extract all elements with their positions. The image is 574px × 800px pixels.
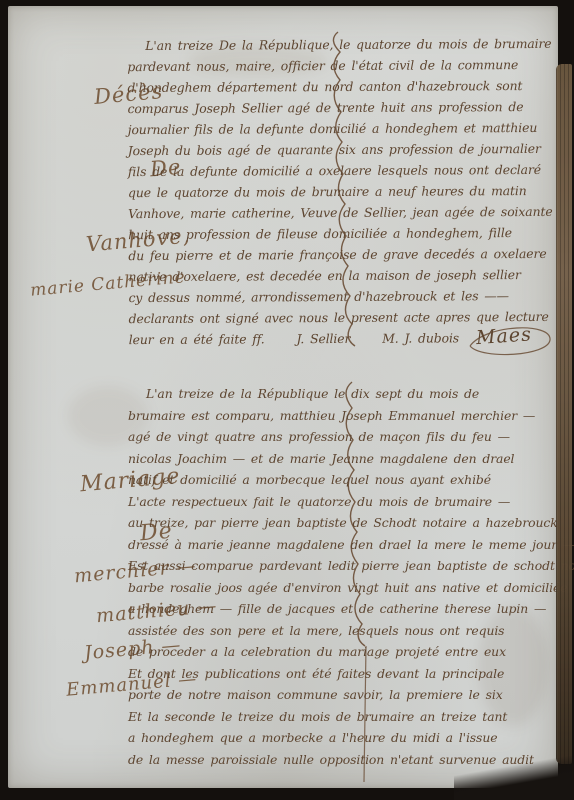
text-line: a hondeghem — fille de jacques et de cat… [128,598,552,620]
text-line: assistée des son pere et la mere, lesque… [128,620,552,642]
witness-signature-sellier: J. Sellier [296,331,350,346]
text-line: native d'oxelaere, est decedée en la mai… [128,264,552,287]
text-line: porte de notre maison commune savoir, la… [128,684,552,706]
text-line: huit ans profession de fileuse domicilié… [128,222,552,245]
text-line: agé de vingt quatre ans profession de ma… [128,426,552,448]
text-line: Et la seconde le treize du mois de bruma… [128,706,552,728]
text-line: dressé à marie jeanne magdalene den drae… [128,534,552,556]
death-record-text: L'an treize De la République, le quatorz… [127,33,553,350]
text-line: Vanhove, marie catherine, Veuve de Selli… [128,201,552,224]
text-line: du feu pierre et de marie françoise de g… [128,243,552,266]
witness-signature-dubois: M. J. dubois [382,330,459,345]
text-line: Est aussi comparue pardevant ledit pierr… [128,555,552,577]
text-line: barbe rosalie joos agée d'environ vingt … [128,577,552,599]
text-line: au treize, par pierre jean baptiste de S… [128,512,552,534]
text-line: journalier fils de la defunte domicilié … [128,117,552,140]
text-line: brumaire est comparu, matthieu Joseph Em… [128,405,552,427]
scan-corner-shadow [454,756,574,800]
text-line: que le quatorze du mois de brumaire a ne… [128,180,552,203]
scanned-register-page: Décès De Vanhove, marie Catherine Mariag… [0,0,574,800]
text-line: a hondeghem que a morbecke a l'heure du … [128,727,552,749]
text-line: nicolas Joachim — et de marie Jeanne mag… [128,448,552,470]
text-line: cy dessus nommé, arrondissement d'hazebr… [128,285,552,308]
marriage-record-text: L'an treize de la République le dix sept… [128,383,552,770]
text-line: natif et domicilié a morbecque lequel no… [128,469,552,491]
torn-page-edge [556,64,572,764]
text-line: pardevant nous, maire, officier de l'éta… [127,54,551,77]
text-line: L'an treize De la République, le quatorz… [127,33,551,56]
text-line: Et dont les publications ont été faites … [128,663,552,685]
text-line: d'hondeghem département du nord canton d… [127,75,551,98]
closing-text: leur en a été faite ff. [129,331,265,347]
manuscript-paper: Décès De Vanhove, marie Catherine Mariag… [8,6,558,788]
text-line: L'an treize de la République le dix sept… [128,383,552,405]
text-line: fils de la defunte domicilié a oxelaere … [128,159,552,182]
text-line: Joseph du bois agé de quarante six ans p… [128,138,552,161]
text-line: comparus Joseph Sellier agé de trente hu… [128,96,552,119]
text-line: L'acte respectueux fait le quatorze du m… [128,491,552,513]
text-line: de proceder a la celebration du mariage … [128,641,552,663]
